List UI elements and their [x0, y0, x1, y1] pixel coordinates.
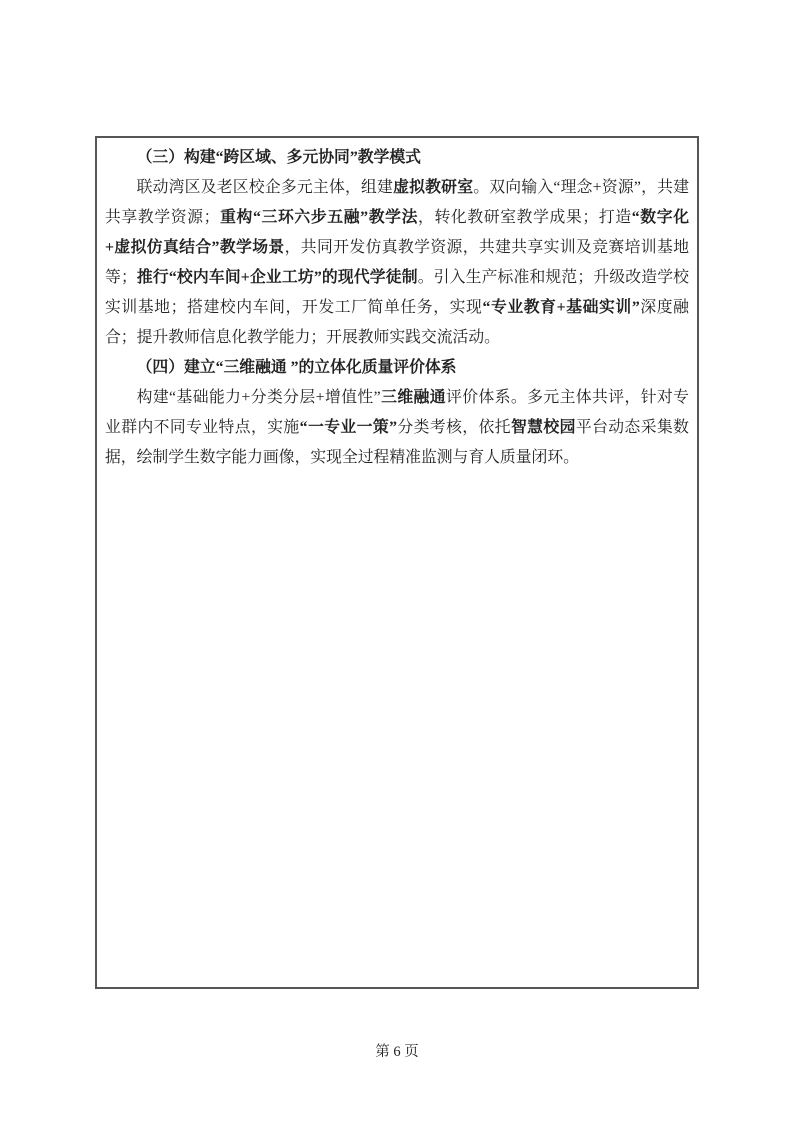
body-paragraph: 构建“基础能力+分类分层+增值性”三维融通评价体系。多元主体共评，针对专业群内不…	[105, 383, 689, 473]
bold-text-run: 三维融通	[381, 389, 446, 406]
bold-text-run: 虚拟教研室	[393, 179, 473, 196]
page-footer: 第 6 页	[0, 1039, 794, 1065]
text-run: 联动湾区及老区校企多元主体，组建	[137, 179, 393, 196]
body-paragraph: 联动湾区及老区校企多元主体，组建虚拟教研室。双向输入“理念+资源”，共建共享教学…	[105, 173, 689, 353]
document-page: （三）构建“跨区域、多元协同”教学模式联动湾区及老区校企多元主体，组建虚拟教研室…	[0, 0, 794, 1123]
text-run: 构建“基础能力+分类分层+增值性”	[137, 389, 381, 406]
bold-text-run: 智慧校园	[511, 419, 576, 436]
bold-text-run: （三）构建“跨区域、多元协同”教学模式	[137, 149, 421, 166]
section-heading: （三）构建“跨区域、多元协同”教学模式	[105, 143, 689, 173]
text-run: 分类考核，依托	[397, 419, 511, 436]
bold-text-run: “一专业一策”	[300, 419, 397, 436]
bold-text-run: 推行“校内车间+企业工坊”的现代学徒制	[137, 269, 418, 286]
text-run: ，转化教研室教学成果；打造	[418, 209, 632, 226]
bold-text-run: 重构“三环六步五融”教学法	[219, 209, 418, 226]
bold-text-run: “专业教育+基础实训”	[482, 299, 639, 316]
page-number: 第 6 页	[375, 1044, 419, 1060]
bold-text-run: （四）建立“三维融通 ”的立体化质量评价体系	[137, 359, 457, 376]
cell-text-flow: （三）构建“跨区域、多元协同”教学模式联动湾区及老区校企多元主体，组建虚拟教研室…	[105, 143, 689, 473]
section-heading: （四）建立“三维融通 ”的立体化质量评价体系	[105, 353, 689, 383]
content-table-cell: （三）构建“跨区域、多元协同”教学模式联动湾区及老区校企多元主体，组建虚拟教研室…	[95, 136, 699, 989]
